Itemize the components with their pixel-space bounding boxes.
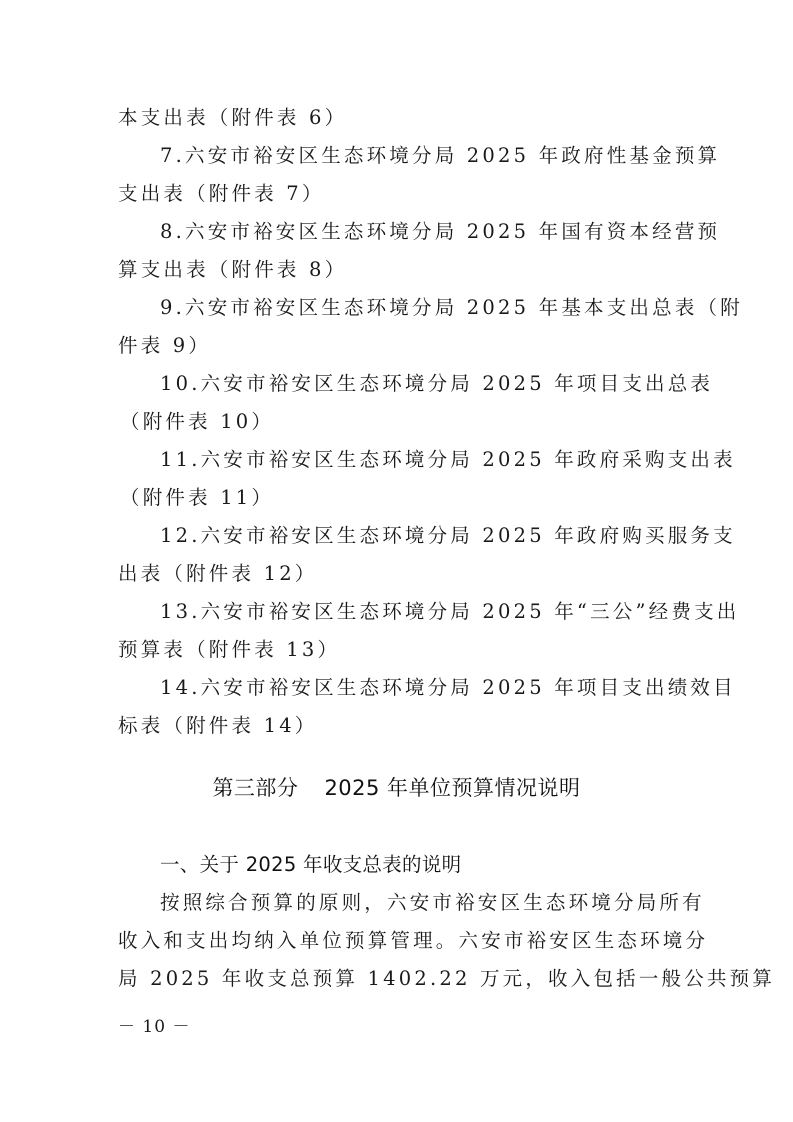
- list-item: 11.六安市裕安区生态环境分局 2025 年政府采购支出表: [160, 447, 674, 473]
- list-item: 8.六安市裕安区生态环境分局 2025 年国有资本经营预: [160, 219, 674, 245]
- list-item: 7.六安市裕安区生态环境分局 2025 年政府性基金预算: [160, 143, 674, 169]
- body-line: 收入和支出均纳入单位预算管理。六安市裕安区生态环境分: [118, 928, 674, 954]
- list-line: 本支出表（附件表 6）: [118, 105, 674, 131]
- list-line: 标表（附件表 14）: [118, 713, 674, 739]
- list-item: 12.六安市裕安区生态环境分局 2025 年政府购买服务支: [160, 523, 674, 549]
- list-item: 14.六安市裕安区生态环境分局 2025 年项目支出绩效目: [160, 675, 674, 701]
- list-item: 13.六安市裕安区生态环境分局 2025 年“三公”经费支出: [160, 599, 674, 625]
- list-item: 10.六安市裕安区生态环境分局 2025 年项目支出总表: [160, 371, 674, 397]
- section-title: 第三部分2025 年单位预算情况说明: [0, 774, 793, 802]
- body-line: 局 2025 年收支总预算 1402.22 万元，收入包括一般公共预算: [118, 966, 674, 992]
- body-line: 按照综合预算的原则，六安市裕安区生态环境分局所有: [160, 890, 674, 916]
- list-line: 出表（附件表 12）: [118, 561, 674, 587]
- document-page: 本支出表（附件表 6） 7.六安市裕安区生态环境分局 2025 年政府性基金预算…: [0, 0, 793, 1122]
- list-line: （附件表 10）: [120, 409, 676, 435]
- list-item: 9.六安市裕安区生态环境分局 2025 年基本支出总表（附: [160, 295, 674, 321]
- list-line: 件表 9）: [118, 333, 674, 359]
- list-line: 算支出表（附件表 8）: [118, 257, 674, 283]
- subheading: 一、关于 2025 年收支总表的说明: [160, 852, 461, 878]
- list-line: 预算表（附件表 13）: [118, 637, 674, 663]
- list-line: 支出表（附件表 7）: [118, 181, 674, 207]
- section-part-label: 第三部分: [212, 776, 298, 800]
- page-number: － 10 －: [118, 1016, 190, 1038]
- section-title-text: 2025 年单位预算情况说明: [324, 776, 580, 800]
- list-line: （附件表 11）: [120, 485, 676, 511]
